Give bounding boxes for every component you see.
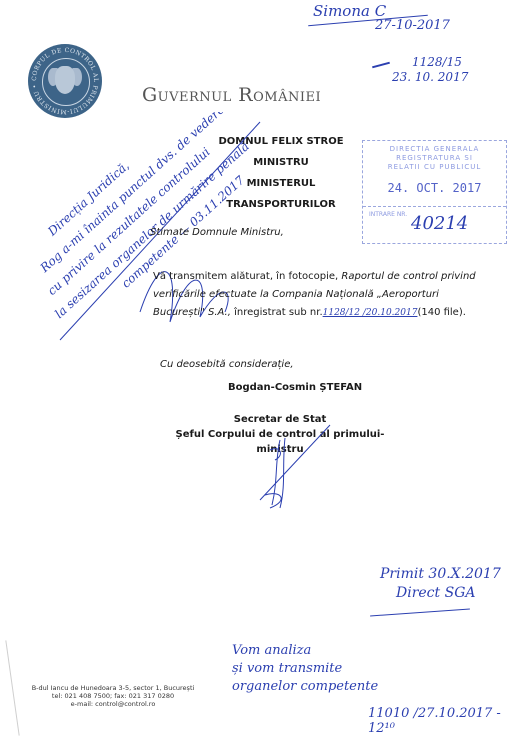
signature — [250, 420, 340, 510]
registration-date: 23. 10. 2017 — [392, 70, 468, 84]
government-title: Guvernul României — [142, 84, 321, 106]
letter-body: Vă transmitem alăturat, în fotocopie, Ra… — [108, 268, 478, 322]
footer-email: e-mail: control@control.ro — [28, 700, 198, 708]
bottom-handwritten-note: Vom analiza și vom transmite organelor c… — [232, 642, 378, 696]
registry-stamp: DIRECTIA GENERALA REGISTRATURA SI RELATI… — [362, 140, 507, 244]
stamp-number: 40214 — [411, 213, 468, 234]
stamp-header: DIRECTIA GENERALA REGISTRATURA SI RELATI… — [367, 145, 502, 172]
registration-number: 1128/15 — [412, 55, 462, 69]
closing-phrase: Cu deosebită considerație, — [160, 359, 294, 370]
direct-annotation: Direct SGA — [396, 585, 475, 601]
eagle-icon — [55, 66, 75, 94]
received-annotation: Primit 30.X.2017 — [380, 566, 501, 582]
salutation: Stimate Domnule Ministru, — [150, 227, 284, 238]
government-seal-icon: CORPUL DE CONTROL AL PRIMULUI-MINISTRU • — [28, 44, 102, 118]
handwritten-reg-number: 1128/12 /20.10.2017 — [323, 308, 418, 318]
footer-address: B-dul Iancu de Hunedoara 3-5, sector 1, … — [28, 684, 198, 708]
bottom-reference-number: 11010 /27.10.2017 - 12¹⁰ — [368, 706, 515, 736]
stamp-label: INTRARE NR. — [369, 211, 407, 218]
top-handwritten-date: 27-10-2017 — [375, 18, 450, 33]
stamp-date: 24. OCT. 2017 — [363, 181, 506, 195]
handwritten-dash — [372, 62, 390, 69]
signer-name: Bogdan-Cosmin ȘTEFAN — [228, 382, 362, 393]
